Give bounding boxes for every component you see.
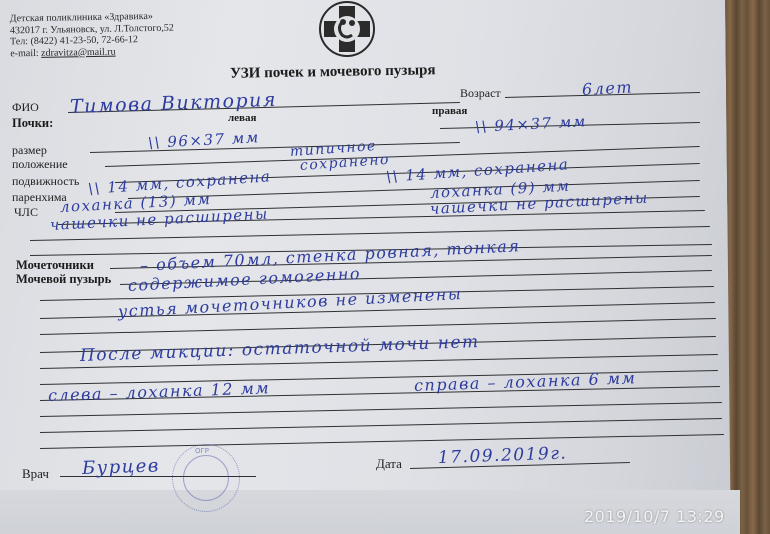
chls-label: ЧЛС <box>14 205 38 220</box>
right-kidney-label: правая <box>432 105 467 117</box>
age-label: Возраст <box>460 86 501 101</box>
clinic-email-link[interactable]: zdravitza@mail.ru <box>41 46 116 58</box>
position-label: положение <box>12 157 68 172</box>
clinic-header: Детская поликлиника «Здравика» 432017 г.… <box>10 11 175 60</box>
bladder-label: Мочевой пузырь <box>16 272 111 287</box>
fio-label: ФИО <box>12 100 39 115</box>
doctor-label: Врач <box>22 466 49 482</box>
mobility-label: подвижность <box>12 174 79 189</box>
stamp-text: ОГР <box>195 447 209 455</box>
medical-cross-mother-child-icon <box>318 0 376 58</box>
size-label: размер <box>12 143 47 158</box>
age-field[interactable]: 6лет <box>582 77 634 99</box>
photo-timestamp: 2019/10/7 13:29 <box>584 507 725 526</box>
date-label: Дата <box>376 456 402 472</box>
stamp-inner-ring <box>183 455 229 501</box>
form-title: УЗИ почек и мочевого пузыря <box>230 62 436 83</box>
clinic-stamp: ОГР <box>172 444 240 512</box>
ureters-label: Мочеточники <box>16 258 94 273</box>
doctor-signature-field[interactable]: Бурцев <box>82 455 161 479</box>
left-kidney-label: левая <box>228 112 256 124</box>
kidneys-label: Почки: <box>12 116 53 131</box>
